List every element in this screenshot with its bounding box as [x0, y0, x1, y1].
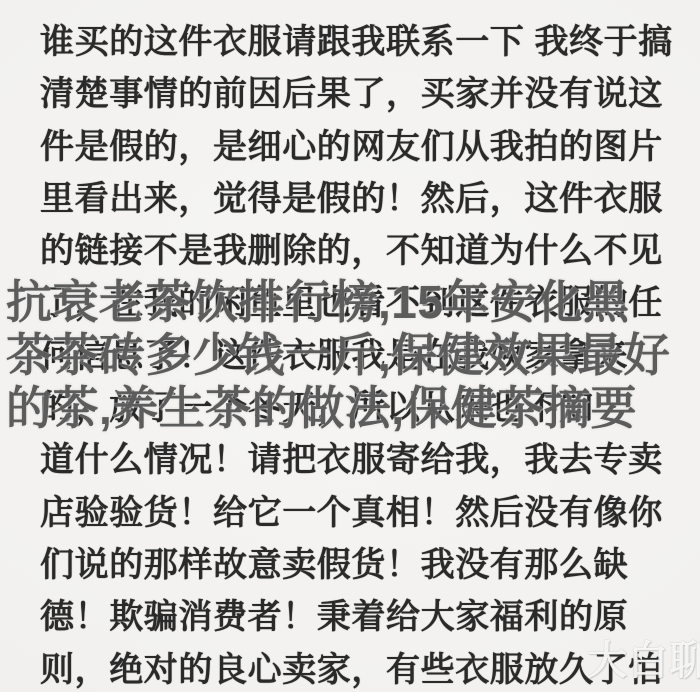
body-text-line: 里看出来，觉得是假的！然后，这件衣服 [40, 173, 666, 225]
channel-watermark: 大白聊 [587, 629, 700, 686]
body-text-line: 道什么情况！请把衣服寄给我，我去专卖 [40, 434, 666, 486]
body-text-line: 件是假的，是细心的网友们从我拍的图片 [40, 121, 666, 173]
seo-spam-watermark: 抗衰老茶饮排行榜,15年安化黑 茶茶砖多少钱一斤,保健效果最好 的茶,养生茶的做… [6, 276, 698, 435]
seo-watermark-line: 茶茶砖多少钱一斤,保健效果最好 [6, 329, 698, 382]
seo-watermark-line: 抗衰老茶饮排行榜,15年安化黑 [6, 276, 698, 329]
seo-watermark-line: 的茶,养生茶的做法,保健茶摘要 [6, 382, 698, 435]
body-text-line: 清楚事情的前因后果了，买家并没有说这 [40, 68, 666, 120]
body-text-line: 的链接不是我删除的，不知道为什么不见 [40, 225, 666, 277]
body-text-line: 则，绝对的良心卖家，有些衣服放久了怕 [40, 644, 666, 692]
text-post-image: 谁买的这件衣服请跟我联系一下 我终于搞 清楚事情的前因后果了，买家并没有说这 件… [0, 0, 700, 692]
body-text-line: 店验验货！给它一个真相！然后没有像你 [40, 487, 666, 539]
body-text-line: 德！欺骗消费者！秉着给大家福利的原 [40, 591, 666, 643]
body-text-line: 们说的那样故意卖假货！我没有那么缺 [40, 539, 666, 591]
body-text-line: 谁买的这件衣服请跟我联系一下 我终于搞 [40, 16, 666, 68]
